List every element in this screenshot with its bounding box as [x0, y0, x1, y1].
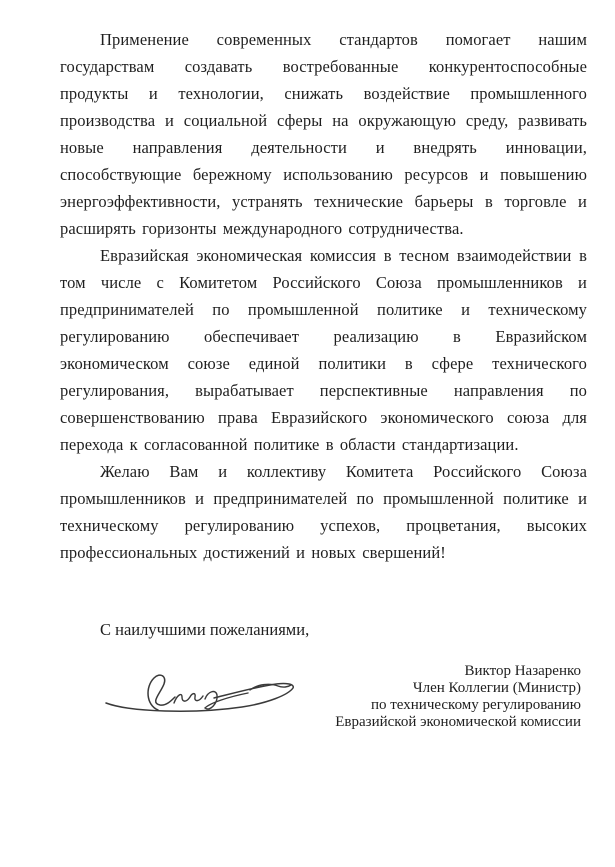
signature-ink: [102, 667, 302, 717]
paragraph-3: Желаю Вам и коллективу Комитета Российск…: [60, 458, 587, 566]
signatory-name: Виктор Назаренко: [302, 663, 581, 680]
closing-salutation: С наилучшими пожеланиями,: [60, 616, 587, 643]
signatory-title-line-1: Член Коллегии (Министр): [302, 680, 581, 697]
paragraph-2: Евразийская экономическая комиссия в тес…: [60, 242, 587, 458]
signatory-title-line-2: по техническому регулированию: [302, 697, 581, 714]
signatory-details: Виктор Назаренко Член Коллегии (Министр)…: [302, 663, 587, 731]
letter-body: Применение современных стандартов помога…: [60, 26, 587, 731]
letter-page: Применение современных стандартов помога…: [0, 0, 615, 867]
paragraph-1: Применение современных стандартов помога…: [60, 26, 587, 242]
signature-block: Виктор Назаренко Член Коллегии (Министр)…: [60, 661, 587, 731]
signatory-title-line-3: Евразийской экономической комиссии: [302, 714, 581, 731]
